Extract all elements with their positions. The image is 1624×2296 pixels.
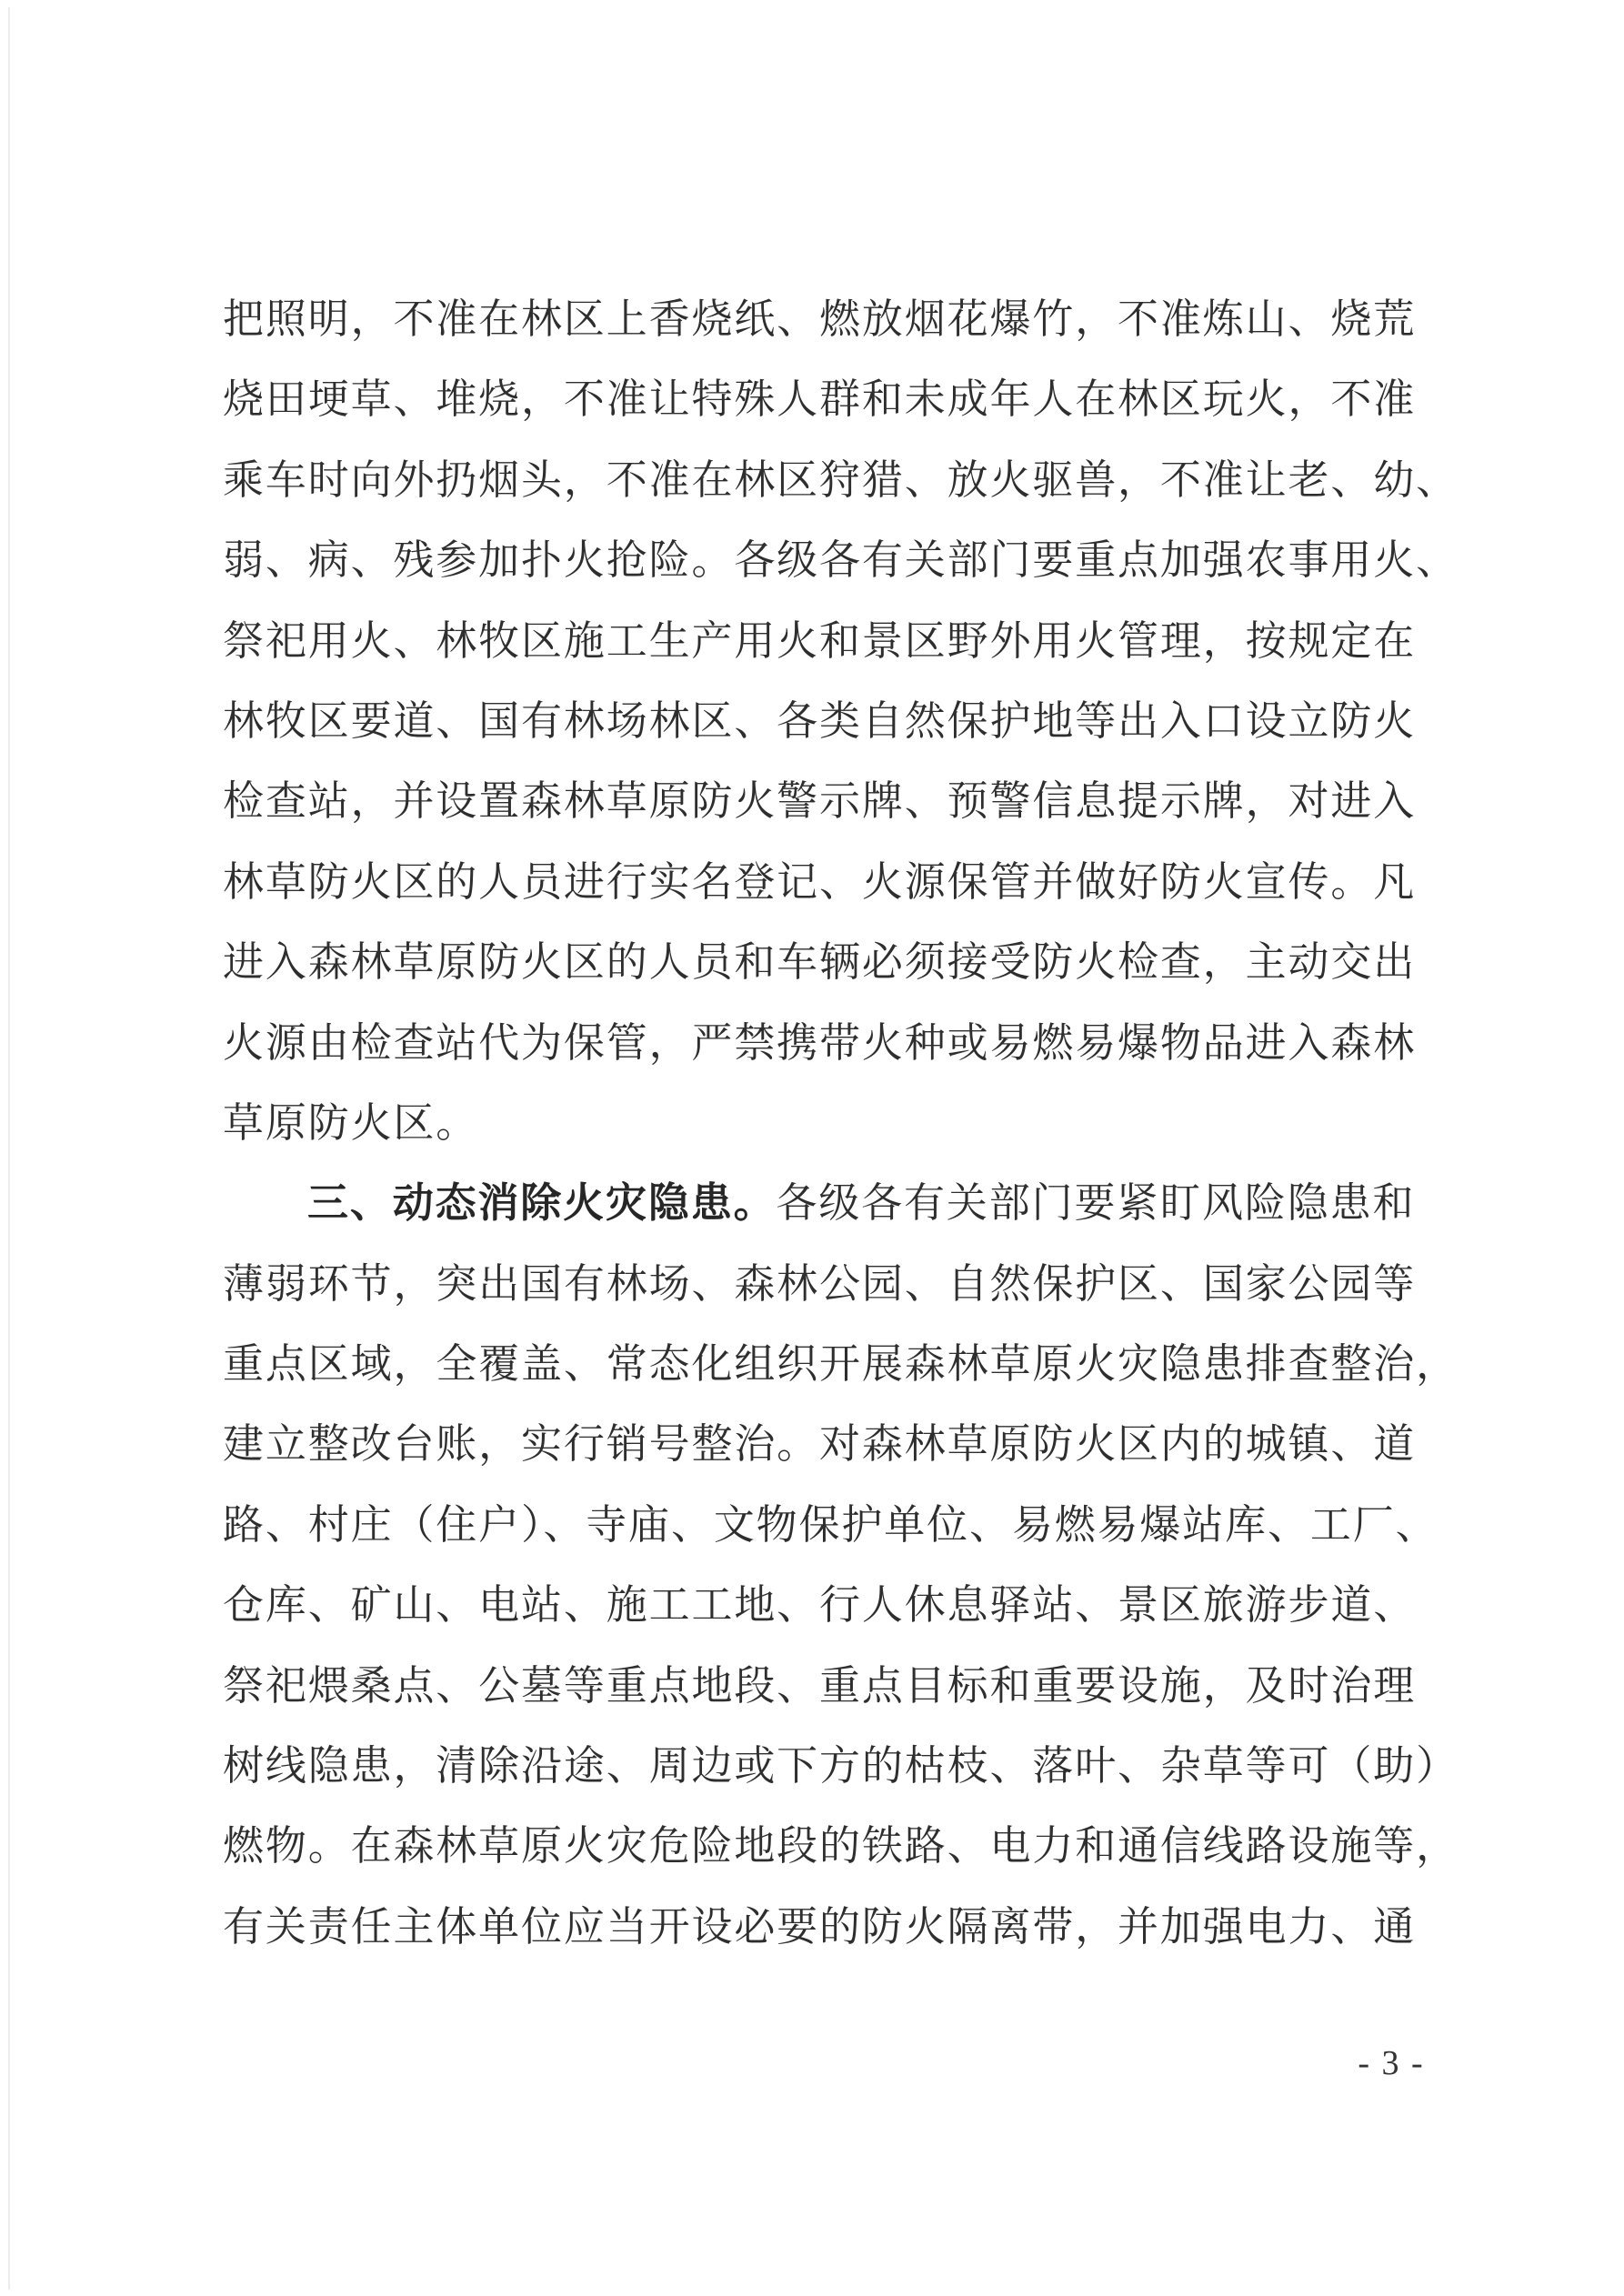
- paragraph-line: 把照明，不准在林区上香烧纸、燃放烟花爆竹，不准炼山、烧荒: [223, 279, 1423, 359]
- section-3-heading: 三、动态消除火灾隐患。: [307, 1178, 776, 1227]
- paragraph-line: 建立整改台账，实行销号整治。对森林草原防火区内的城镇、道: [223, 1404, 1423, 1484]
- paragraph-line: 火源由检查站代为保管，严禁携带火种或易燃易爆物品进入森林: [223, 1003, 1423, 1083]
- scan-edge-line: [8, 7, 10, 2290]
- paragraph-line: 仓库、矿山、电站、施工工地、行人休息驿站、景区旅游步道、: [223, 1565, 1423, 1645]
- section-3-first-line: 三、动态消除火灾隐患。各级各有关部门要紧盯风险隐患和: [223, 1163, 1423, 1243]
- paragraph-line: 燃物。在森林草原火灾危险地段的铁路、电力和通信线路设施等，: [223, 1806, 1423, 1886]
- paragraph-line: 薄弱环节，突出国有林场、森林公园、自然保护区、国家公园等: [223, 1244, 1423, 1324]
- paragraph-line: 路、村庄（住户）、寺庙、文物保护单位、易燃易爆站库、工厂、: [223, 1485, 1423, 1565]
- paragraph-line: 林牧区要道、国有林场林区、各类自然保护地等出入口设立防火: [223, 681, 1423, 761]
- paragraph-line: 乘车时向外扔烟头，不准在林区狩猎、放火驱兽，不准让老、幼、: [223, 440, 1423, 520]
- paragraph-line: 检查站，并设置森林草原防火警示牌、预警信息提示牌，对进入: [223, 761, 1423, 841]
- paragraph-line: 草原防火区。: [223, 1083, 1423, 1163]
- page-number: - 3 -: [1355, 2043, 1428, 2083]
- paragraph-line: 进入森林草原防火区的人员和车辆必须接受防火检查，主动交出: [223, 922, 1423, 1002]
- paragraph-line: 林草防火区的人员进行实名登记、火源保管并做好防火宣传。凡: [223, 842, 1423, 922]
- paragraph-line: 烧田埂草、堆烧，不准让特殊人群和未成年人在林区玩火，不准: [223, 359, 1423, 439]
- section-3-intro-text: 各级各有关部门要紧盯风险隐患和: [776, 1178, 1415, 1227]
- paragraph-line: 祭祀煨桑点、公墓等重点地段、重点目标和重要设施，及时治理: [223, 1646, 1423, 1726]
- document-body: 把照明，不准在林区上香烧纸、燃放烟花爆竹，不准炼山、烧荒 烧田埂草、堆烧，不准让…: [223, 279, 1423, 1967]
- paragraph-line: 祭祀用火、林牧区施工生产用火和景区野外用火管理，按规定在: [223, 601, 1423, 681]
- paragraph-line: 弱、病、残参加扑火抢险。各级各有关部门要重点加强农事用火、: [223, 520, 1423, 600]
- paragraph-line: 树线隐患，清除沿途、周边或下方的枯枝、落叶、杂草等可（助）: [223, 1726, 1423, 1806]
- paragraph-line: 有关责任主体单位应当开设必要的防火隔离带，并加强电力、通: [223, 1887, 1423, 1967]
- paragraph-line: 重点区域，全覆盖、常态化组织开展森林草原火灾隐患排查整治，: [223, 1324, 1423, 1404]
